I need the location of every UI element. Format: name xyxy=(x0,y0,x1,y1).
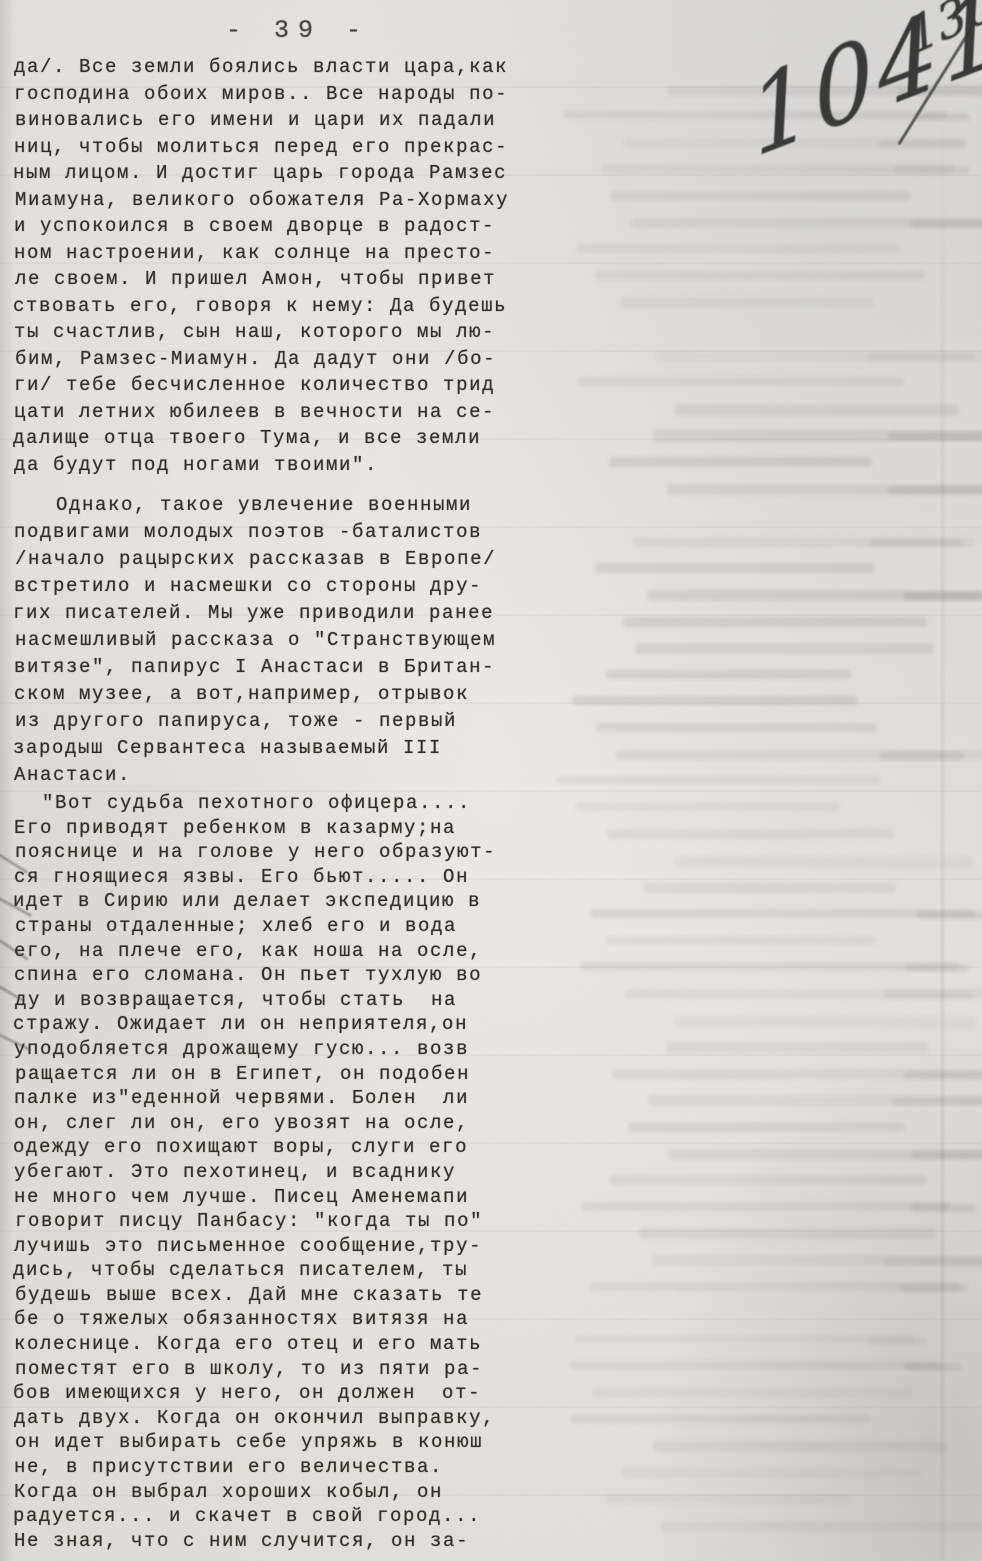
text-line: говорит писцу Панбасу: "когда ты по" xyxy=(15,1209,571,1234)
paragraph: да/. Все земли боялись власти цара,какго… xyxy=(14,54,570,478)
text-line: палке из"еденной червями. Болен ли xyxy=(14,1086,570,1111)
text-line: дись, чтобы сделаться писателем, ты xyxy=(13,1258,569,1283)
text-line: бе о тяжелых обязанностях витязя на xyxy=(14,1307,570,1332)
text-line: ты счастлив, сын наш, которого мы лю- xyxy=(14,319,570,346)
scanned-document-page: - 39 - 1041 130 да/. Все земли боялись в… xyxy=(0,0,982,1561)
text-line: радуется... и скачет в свой город... xyxy=(13,1504,569,1529)
typewritten-text-column: да/. Все земли боялись власти цара,какго… xyxy=(14,54,570,1553)
text-line: далище отца твоего Тума, и все земли xyxy=(13,425,569,452)
text-line: ращается ли он в Египет, он подобен xyxy=(15,1062,571,1087)
text-line: ду и возвращается, чтобы стать на xyxy=(15,988,571,1013)
text-line: из другого папируса, тоже - первый xyxy=(15,708,571,735)
text-line: дать двух. Когда он окончил выправку, xyxy=(14,1406,570,1431)
text-line: его, на плече его, как ноша на осле, xyxy=(14,939,570,964)
scan-edge-shadow xyxy=(0,0,14,1561)
text-line: подвигами молодых поэтов -баталистов xyxy=(14,519,570,546)
text-line: и успокоился в своем дворце в радост- xyxy=(14,213,570,240)
page-number: - 39 - xyxy=(226,16,370,45)
text-line: он идет выбирать себе упряжь в конюш xyxy=(15,1430,571,1455)
text-line: ным лицом. И достиг царь города Рамзес xyxy=(13,160,569,187)
text-line: /начало рацырских рассказав в Европе/ xyxy=(15,546,571,573)
text-line: ги/ тебе бесчисленное количество трид xyxy=(14,372,570,399)
text-line: Не зная, что с ним случится, он за- xyxy=(14,1529,570,1554)
text-line: идет в Сирию или делает экспедицию в xyxy=(13,889,569,914)
text-line: не, в присутствии его величества. xyxy=(14,1455,570,1480)
text-line: витязе", папирус I Анастаси в Британ- xyxy=(14,654,570,681)
text-line: бим, Рамзес-Миамун. Да дадут они /бо- xyxy=(15,346,571,373)
text-line: лучишь это письменное сообщение,тру- xyxy=(14,1234,570,1259)
text-line: страны отдаленные; хлеб его и вода xyxy=(15,914,571,939)
text-line: Миамуна, великого обожателя Ра-Хормаху xyxy=(15,187,571,214)
text-line: гих писателей. Мы уже приводили ранее xyxy=(13,600,569,627)
text-line: зародыш Сервантеса называемый III xyxy=(13,735,569,762)
text-line: колеснице. Когда его отец и его мать xyxy=(14,1332,570,1357)
text-line: пояснице и на голове у него образуют- xyxy=(15,840,571,865)
text-line: цати летних юбилеев в вечности на се- xyxy=(14,399,570,426)
text-line: господина обоих миров.. Все народы по- xyxy=(14,81,570,108)
text-line: Когда он выбрал хороших кобыл, он xyxy=(14,1480,570,1505)
text-line: спина его сломана. Он пьет тухлую во xyxy=(14,963,570,988)
paragraph: "Вот судьба пехотного офицера....Его при… xyxy=(14,791,570,1553)
paper-crease xyxy=(941,0,944,1561)
text-line: ском музее, а вот,например, отрывок xyxy=(14,681,570,708)
text-line: стражу. Ожидает ли он неприятеля,он xyxy=(13,1012,569,1037)
text-line: ся гноящиеся язвы. Его бьют..... Он xyxy=(14,865,570,890)
text-line: убегают. Это пехотинец, и всаднику xyxy=(14,1160,570,1185)
text-line: "Вот судьба пехотного офицера.... xyxy=(14,791,570,816)
text-line: одежду его похищают воры, слуги его xyxy=(13,1135,569,1160)
text-line: насмешливый рассказа о "Странствующем xyxy=(15,627,571,654)
text-line: Однако, такое увлечение военными xyxy=(14,492,570,519)
text-line: ствовать его, говоря к нему: Да будешь xyxy=(13,293,569,320)
text-line: Его приводят ребенком в казарму;на xyxy=(14,816,570,841)
text-line: поместят его в школу, то из пяти ра- xyxy=(15,1357,571,1382)
text-line: не много чем лучше. Писец Аменемапи xyxy=(14,1185,570,1210)
text-line: да/. Все земли боялись власти цара,как xyxy=(14,54,570,81)
text-line: встретило и насмешки со стороны дру- xyxy=(14,573,570,600)
text-line: да будут под ногами твоими". xyxy=(14,452,570,479)
text-line: будешь выше всех. Дай мне сказать те xyxy=(15,1283,571,1308)
text-line: ниц, чтобы молиться перед его прекрас- xyxy=(14,134,570,161)
text-line: ном настроении, как солнце на престо- xyxy=(14,240,570,267)
text-line: уподобляется дрожащему гусю... возв xyxy=(14,1037,570,1062)
text-line: ле своем. И пришел Амон, чтобы привет xyxy=(15,266,571,293)
text-line: он, слег ли он, его увозят на осле, xyxy=(14,1111,570,1136)
text-line: виновались его имени и цари их падали xyxy=(15,107,571,134)
paragraph: Однако, такое увлечение военнымиподвигам… xyxy=(14,492,570,789)
text-line: бов имеющихся у него, он должен от- xyxy=(13,1381,569,1406)
text-line: Анастаси. xyxy=(14,762,570,789)
